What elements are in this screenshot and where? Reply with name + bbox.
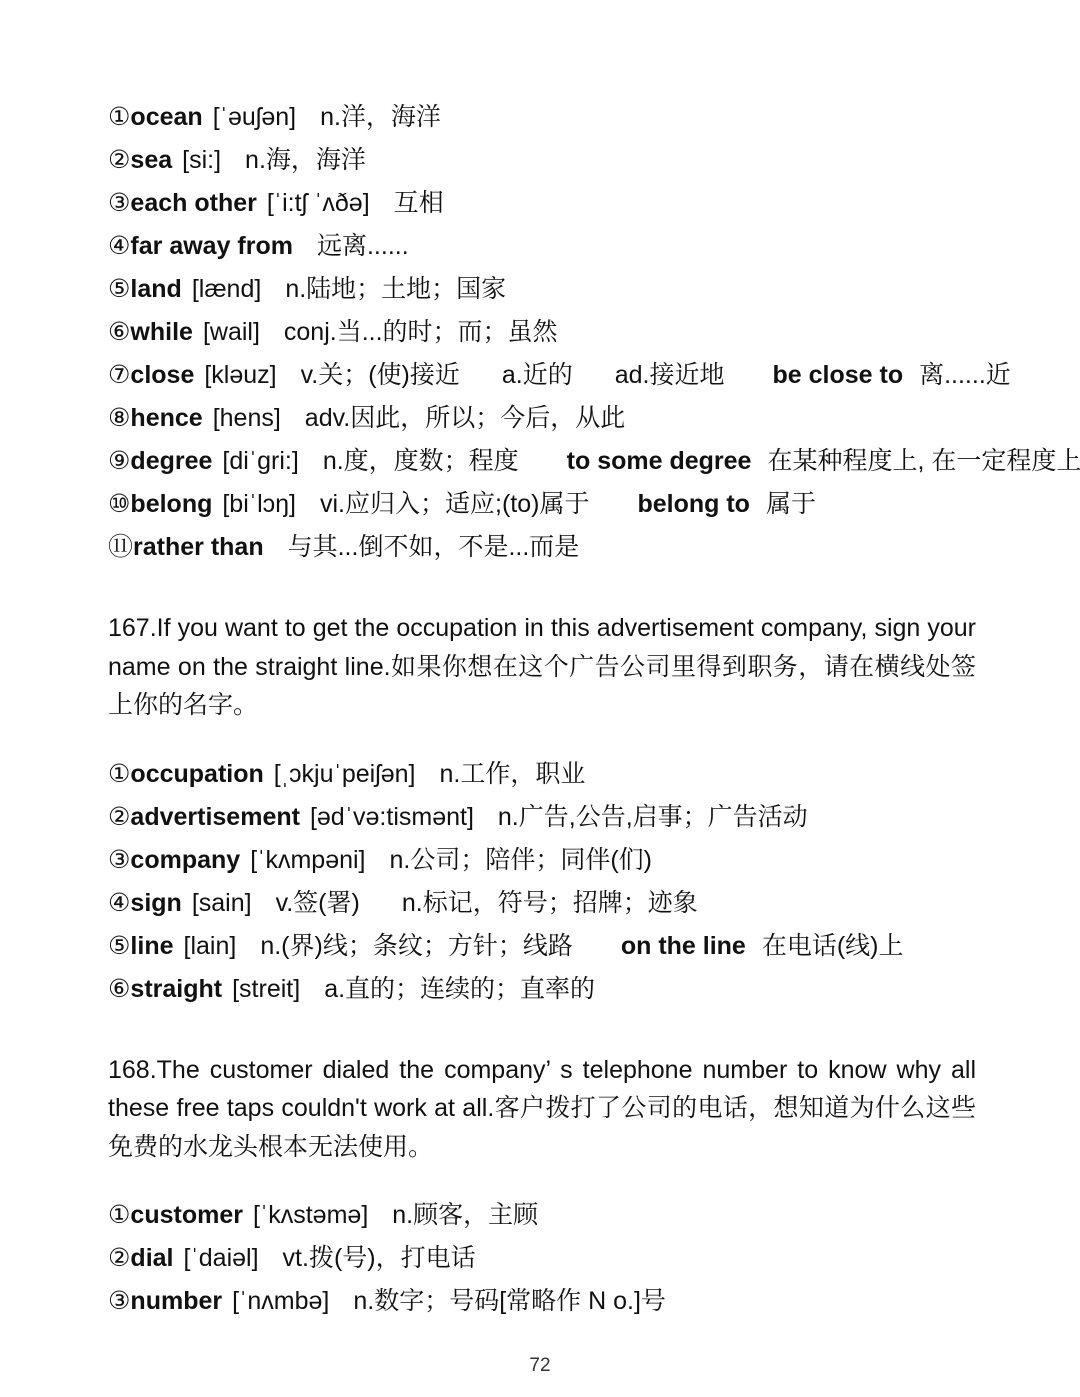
- sentence-text: 168.The customer dialed the company’ s t…: [108, 1051, 976, 1167]
- word-entry: ③each other[ˈi:tʃ ˈʌðə]互相: [108, 182, 976, 225]
- entry-meaning-extra: a.近的: [502, 361, 573, 389]
- entry-word: occupation: [130, 760, 263, 788]
- entry-phonetic: [sain]: [192, 889, 252, 917]
- entry-meaning: v.签(署): [276, 889, 360, 917]
- word-entry: ⑤line[lain]n.(界)线；条纹；方针；线路on the line在电话…: [108, 925, 976, 968]
- word-list-167: ①occupation[ˌɔkjuˈpeiʃən]n.工作，职业②adverti…: [108, 753, 976, 1011]
- entry-meaning: vt.拨(号)，打电话: [283, 1244, 476, 1272]
- entry-number: ③: [108, 1287, 130, 1315]
- entry-number: ⑪: [108, 533, 133, 561]
- entry-word: sea: [130, 146, 172, 174]
- entry-number: ⑧: [108, 404, 130, 432]
- entry-meaning: 远离......: [317, 232, 409, 260]
- entry-number: ①: [108, 760, 130, 788]
- entry-phonetic: [wail]: [203, 318, 260, 346]
- entry-word: ocean: [130, 103, 202, 131]
- entry-word: line: [130, 932, 173, 960]
- entry-word: dial: [130, 1244, 173, 1272]
- entry-meaning: 与其...倒不如，不是...而是: [288, 533, 580, 561]
- entry-meaning: n.(界)线；条纹；方针；线路: [260, 932, 573, 960]
- word-entry: ①customer[ˈkʌstəmə]n.顾客，主顾: [108, 1194, 976, 1237]
- entry-number: ⑤: [108, 275, 130, 303]
- entry-meaning: n.广告,公告,启事；广告活动: [498, 803, 808, 831]
- entry-meaning: a.直的；连续的；直率的: [324, 975, 595, 1003]
- word-entry: ⑨degree[diˈgri:]n.度，度数；程度to some degree在…: [108, 440, 976, 483]
- word-entry: ⑩belong[biˈlɔŋ]vi.应归入；适应;(to)属于belong to…: [108, 483, 976, 526]
- word-entry: ③number[ˈnʌmbə]n.数字；号码[常略作 N o.]号: [108, 1280, 976, 1323]
- word-entry: ⑥while[wail]conj.当...的时；而；虽然: [108, 311, 976, 354]
- document-page: ①ocean[ˈəuʃən]n.洋，海洋②sea[si:]n.海，海洋③each…: [0, 0, 1080, 1397]
- entry-meaning: adv.因此，所以；今后，从此: [305, 404, 625, 432]
- entry-word: close: [130, 361, 194, 389]
- entry-phonetic: [lænd]: [192, 275, 261, 303]
- phrase-meaning: 属于: [766, 490, 816, 518]
- entry-phonetic: [ˈnʌmbə]: [232, 1287, 329, 1315]
- entry-word: land: [130, 275, 181, 303]
- entry-phonetic: [ˌɔkjuˈpeiʃən]: [274, 760, 416, 788]
- entry-phrase: belong to: [637, 490, 749, 518]
- entry-phonetic: [hens]: [213, 404, 281, 432]
- entry-word: rather than: [133, 533, 264, 561]
- entry-number: ⑥: [108, 975, 130, 1003]
- entry-word: straight: [130, 975, 222, 1003]
- entry-meaning: n.洋，海洋: [320, 103, 441, 131]
- entry-word: belong: [130, 490, 212, 518]
- entry-number: ⑩: [108, 490, 130, 518]
- entry-word: sign: [130, 889, 181, 917]
- entry-phonetic: [ədˈvə:tismənt]: [310, 803, 474, 831]
- entry-word: degree: [130, 447, 212, 475]
- entry-phrase: be close to: [773, 361, 904, 389]
- entry-phonetic: [ˈi:tʃ ˈʌðə]: [267, 189, 370, 217]
- entry-word: company: [130, 846, 240, 874]
- entry-phonetic: [ˈkʌstəmə]: [253, 1201, 368, 1229]
- word-entry: ②sea[si:]n.海，海洋: [108, 139, 976, 182]
- entry-number: ①: [108, 103, 130, 131]
- entry-number: ⑥: [108, 318, 130, 346]
- entry-meaning-extra: ad.接近地: [615, 361, 725, 389]
- entry-meaning: n.海，海洋: [245, 146, 366, 174]
- entry-phonetic: [biˈlɔŋ]: [222, 490, 296, 518]
- word-entry: ⑤land[lænd]n.陆地；土地；国家: [108, 268, 976, 311]
- page-content: ①ocean[ˈəuʃən]n.洋，海洋②sea[si:]n.海，海洋③each…: [108, 96, 976, 1323]
- entry-word: far away from: [130, 232, 293, 260]
- phrase-meaning: 在电话(线)上: [762, 932, 904, 960]
- word-entry: ③company[ˈkʌmpəni]n.公司；陪伴；同伴(们): [108, 839, 976, 882]
- entry-number: ③: [108, 846, 130, 874]
- word-list-168: ①customer[ˈkʌstəmə]n.顾客，主顾②dial[ˈdaiəl]v…: [108, 1194, 976, 1323]
- entry-phrase: to some degree: [567, 447, 752, 475]
- word-entry: ⑧hence[hens]adv.因此，所以；今后，从此: [108, 397, 976, 440]
- entry-word: number: [130, 1287, 222, 1315]
- entry-meaning: n.数字；号码[常略作 N o.]号: [353, 1287, 666, 1315]
- entry-number: ②: [108, 1244, 130, 1272]
- word-entry: ④sign[sain]v.签(署)n.标记，符号；招牌；迹象: [108, 882, 976, 925]
- entry-phonetic: [kləuz]: [204, 361, 276, 389]
- entry-phonetic: [lain]: [184, 932, 237, 960]
- entry-meaning: 互相: [394, 189, 444, 217]
- entry-meaning: n.顾客，主顾: [392, 1201, 538, 1229]
- entry-word: advertisement: [130, 803, 300, 831]
- word-list-166: ①ocean[ˈəuʃən]n.洋，海洋②sea[si:]n.海，海洋③each…: [108, 96, 976, 569]
- sentence-168: 168.The customer dialed the company’ s t…: [108, 1051, 976, 1167]
- entry-number: ⑨: [108, 447, 130, 475]
- phrase-meaning: 在某种程度上, 在一定程度上: [767, 447, 1080, 475]
- entry-number: ⑤: [108, 932, 130, 960]
- entry-word: hence: [130, 404, 202, 432]
- entry-meaning-extra: n.标记，符号；招牌；迹象: [402, 889, 698, 917]
- word-entry: ④far away from远离......: [108, 225, 976, 268]
- entry-phonetic: [diˈgri:]: [222, 447, 298, 475]
- word-entry: ①occupation[ˌɔkjuˈpeiʃən]n.工作，职业: [108, 753, 976, 796]
- page-number: 72: [0, 1355, 1080, 1377]
- entry-phonetic: [ˈkʌmpəni]: [250, 846, 365, 874]
- sentence-167: 167.If you want to get the occupation in…: [108, 609, 976, 725]
- entry-number: ④: [108, 232, 130, 260]
- entry-word: customer: [130, 1201, 243, 1229]
- entry-meaning: conj.当...的时；而；虽然: [284, 318, 558, 346]
- entry-number: ③: [108, 189, 130, 217]
- word-entry: ⑦close[kləuz]v.关；(使)接近a.近的ad.接近地be close…: [108, 354, 976, 397]
- word-entry: ①ocean[ˈəuʃən]n.洋，海洋: [108, 96, 976, 139]
- entry-phrase: on the line: [621, 932, 746, 960]
- entry-phonetic: [si:]: [182, 146, 221, 174]
- word-entry: ②dial[ˈdaiəl]vt.拨(号)，打电话: [108, 1237, 976, 1280]
- entry-meaning: n.度，度数；程度: [323, 447, 519, 475]
- word-entry: ⑥straight[streit]a.直的；连续的；直率的: [108, 968, 976, 1011]
- entry-word: while: [130, 318, 193, 346]
- entry-number: ⑦: [108, 361, 130, 389]
- entry-meaning: v.关；(使)接近: [301, 361, 460, 389]
- phrase-meaning: 离......近: [919, 361, 1011, 389]
- sentence-text: 167.If you want to get the occupation in…: [108, 609, 976, 725]
- entry-number: ②: [108, 803, 130, 831]
- entry-word: each other: [130, 189, 256, 217]
- entry-number: ④: [108, 889, 130, 917]
- entry-meaning: n.工作，职业: [440, 760, 586, 788]
- entry-number: ①: [108, 1201, 130, 1229]
- entry-meaning: n.陆地；土地；国家: [285, 275, 506, 303]
- entry-meaning: n.公司；陪伴；同伴(们): [390, 846, 653, 874]
- entry-phonetic: [ˈəuʃən]: [213, 103, 296, 131]
- entry-phonetic: [streit]: [232, 975, 300, 1003]
- word-entry: ⑪rather than与其...倒不如，不是...而是: [108, 526, 976, 569]
- entry-meaning: vi.应归入；适应;(to)属于: [320, 490, 589, 518]
- entry-phonetic: [ˈdaiəl]: [184, 1244, 259, 1272]
- entry-number: ②: [108, 146, 130, 174]
- word-entry: ②advertisement[ədˈvə:tismənt]n.广告,公告,启事；…: [108, 796, 976, 839]
